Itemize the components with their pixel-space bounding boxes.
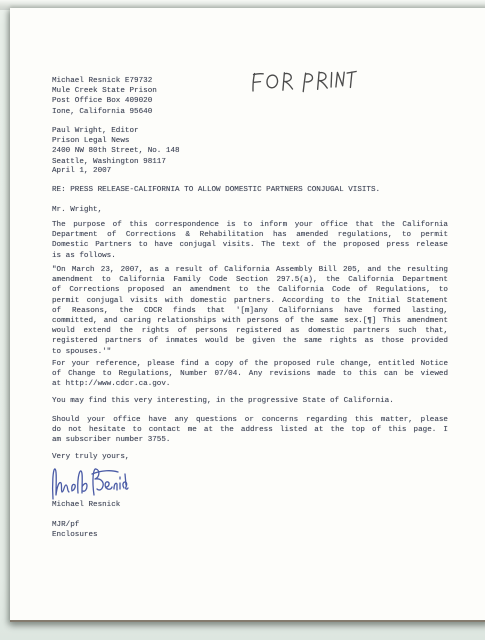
- text-line: Post Office Box 409020: [52, 96, 448, 106]
- letter-date: April 1, 2007: [52, 166, 448, 176]
- scanned-letter-page: { "annotation": { "text": "FOR PRINT" },…: [0, 0, 485, 640]
- reference-initials: MJR/pf: [52, 520, 448, 530]
- text-line: You may find this very interesting, in t…: [52, 396, 448, 406]
- text-line: of Reasons, the CDCR finds that '[m]any …: [52, 306, 448, 316]
- subject-line: RE: PRESS RELEASE-CALIFORNIA TO ALLOW DO…: [52, 185, 448, 195]
- sender-address-block: Michael Resnick E79732Mule Creek State P…: [52, 76, 448, 117]
- text-line: Prison Legal News: [52, 136, 448, 146]
- paragraph-purpose: The purpose of this correspondence is to…: [52, 220, 448, 261]
- text-line: would extend the rights of persons regis…: [52, 326, 448, 336]
- text-line: Ione, California 95640: [52, 107, 448, 117]
- paragraph-contact: Should your office have any questions or…: [52, 415, 448, 446]
- text-line: Paul Wright, Editor: [52, 126, 448, 136]
- text-line: am subscriber number 3755.: [52, 435, 448, 445]
- text-line: amendment to California Family Code Sect…: [52, 275, 448, 285]
- text-line: The purpose of this correspondence is to…: [52, 220, 448, 230]
- paragraph-interesting: You may find this very interesting, in t…: [52, 396, 448, 406]
- enclosures-notation: Enclosures: [52, 530, 448, 540]
- paragraph-press-release-quote: "On March 23, 2007, as a result of Calif…: [52, 265, 448, 357]
- signature-ink-icon: [50, 461, 132, 503]
- text-line: "On March 23, 2007, as a result of Calif…: [52, 265, 448, 275]
- text-line: permit conjugal visits with domestic par…: [52, 296, 448, 306]
- text-line: do not hesitate to contact me at the add…: [52, 425, 448, 435]
- text-line: Department of Corrections & Rehabilitati…: [52, 230, 448, 240]
- text-line: at http://www.cdcr.ca.gov.: [52, 379, 448, 389]
- text-line: Domestic Partners to have conjugal visit…: [52, 240, 448, 250]
- letter-paper: Michael Resnick E79732Mule Creek State P…: [10, 8, 485, 622]
- typed-name: Michael Resnick: [52, 500, 448, 510]
- text-line: Should your office have any questions or…: [52, 415, 448, 425]
- text-line: of Corrections proposed an amendment to …: [52, 285, 448, 295]
- text-line: Mule Creek State Prison: [52, 86, 448, 96]
- text-line: registered partners of inmates would be …: [52, 336, 448, 346]
- text-line: to spouses.'": [52, 347, 448, 357]
- paragraph-reference: For your reference, please find a copy o…: [52, 359, 448, 390]
- recipient-address-block: Paul Wright, EditorPrison Legal News2400…: [52, 126, 448, 167]
- text-line: committed, and caring relationships with…: [52, 316, 448, 326]
- text-line: For your reference, please find a copy o…: [52, 359, 448, 369]
- text-line: of Change to Regulations, Number 07/04. …: [52, 369, 448, 379]
- text-line: 2400 NW 80th Street, No. 148: [52, 146, 448, 156]
- text-line: is as follows.: [52, 251, 448, 261]
- salutation: Mr. Wright,: [52, 205, 448, 215]
- text-line: Michael Resnick E79732: [52, 76, 448, 86]
